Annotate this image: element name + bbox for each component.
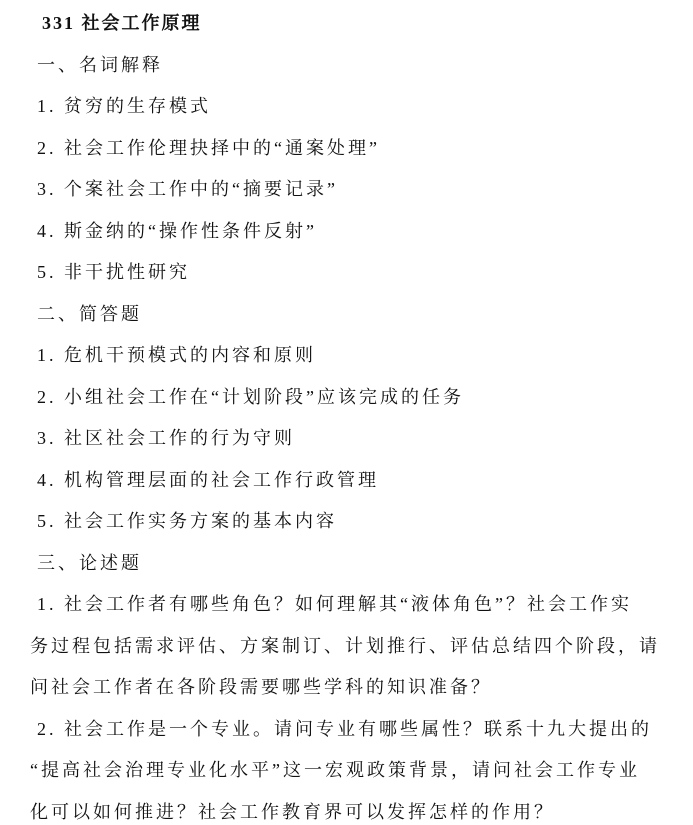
document-title: 331 社会工作原理 [30,3,683,45]
section-1-item-2: 2. 社会工作伦理抉择中的“通案处理” [30,128,683,170]
essay-1-line-2: 务过程包括需求评估、方案制订、计划推行、评估总结四个阶段，请 [30,626,683,668]
section-2-item-5: 5. 社会工作实务方案的基本内容 [30,501,683,543]
section-3-heading: 三、论述题 [30,543,683,585]
section-1-heading: 一、名词解释 [30,45,683,87]
essay-1-line-3: 问社会工作者在各阶段需要哪些学科的知识准备？ [30,667,683,709]
essay-2-line-3: 化可以如何推进？社会工作教育界可以发挥怎样的作用？ [30,792,683,825]
essay-2-line-2: “提高社会治理专业化水平”这一宏观政策背景，请问社会工作专业 [30,750,683,792]
section-2-item-4: 4. 机构管理层面的社会工作行政管理 [30,460,683,502]
section-2-item-1: 1. 危机干预模式的内容和原则 [30,335,683,377]
document-page: 331 社会工作原理 一、名词解释 1. 贫穷的生存模式 2. 社会工作伦理抉择… [0,0,693,825]
section-1-item-5: 5. 非干扰性研究 [30,252,683,294]
section-2-item-3: 3. 社区社会工作的行为守则 [30,418,683,460]
essay-2-line-1: 2. 社会工作是一个专业。请问专业有哪些属性？联系十九大提出的 [30,709,683,751]
section-1-item-3: 3. 个案社会工作中的“摘要记录” [30,169,683,211]
essay-1-line-1: 1. 社会工作者有哪些角色？如何理解其“液体角色”？社会工作实 [30,584,683,626]
section-2-heading: 二、简答题 [30,294,683,336]
section-1-item-1: 1. 贫穷的生存模式 [30,86,683,128]
section-1-item-4: 4. 斯金纳的“操作性条件反射” [30,211,683,253]
section-2-item-2: 2. 小组社会工作在“计划阶段”应该完成的任务 [30,377,683,419]
